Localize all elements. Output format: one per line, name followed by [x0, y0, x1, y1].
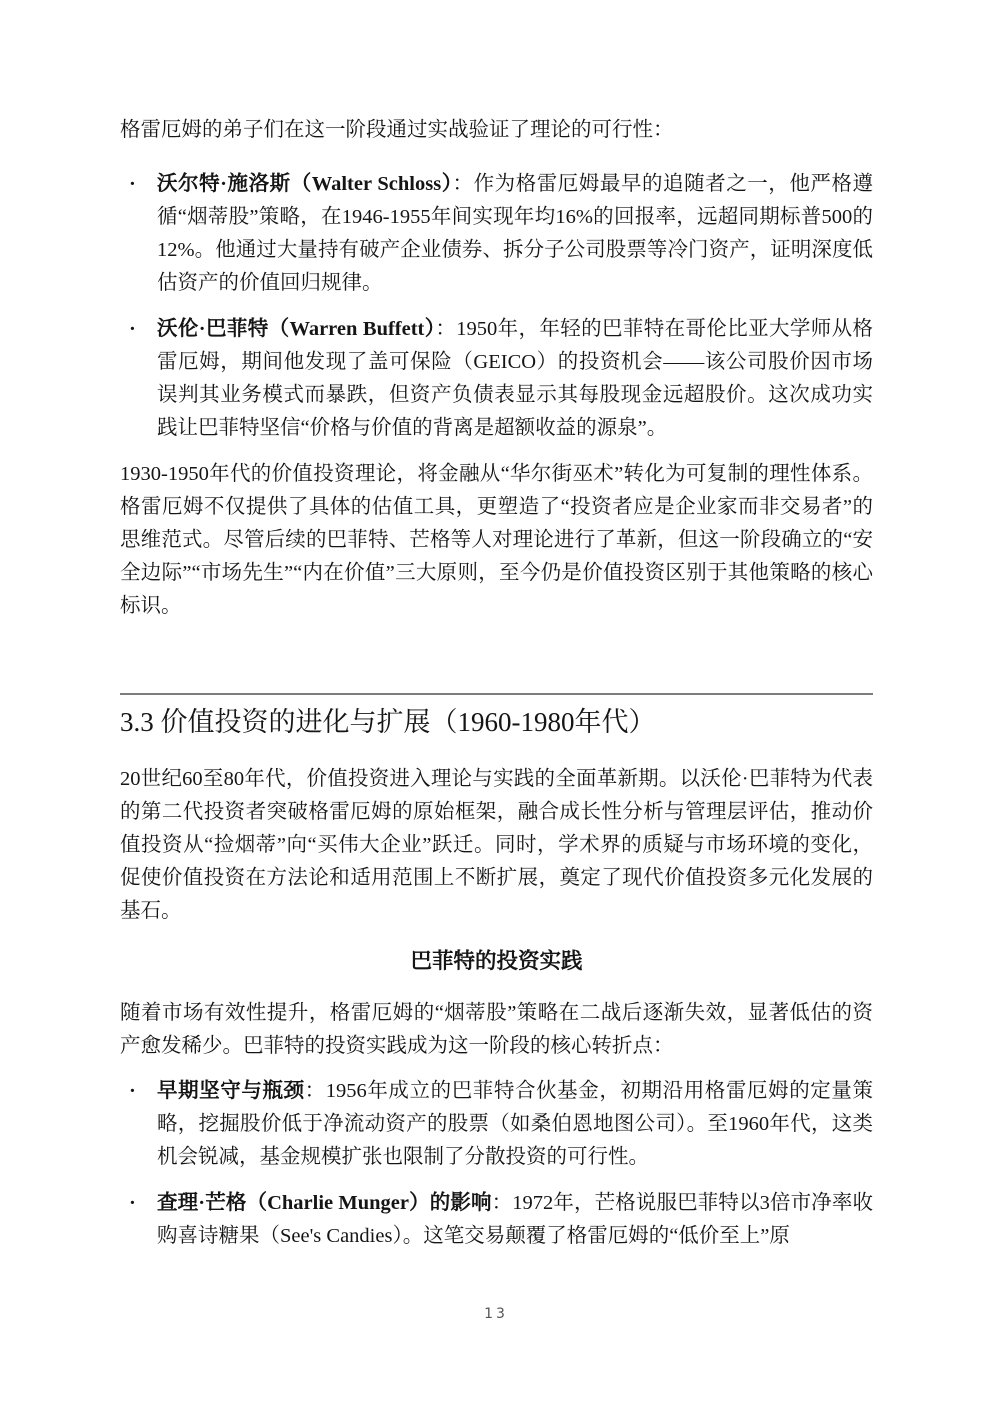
practice-bullet-list: · 早期坚守与瓶颈：1956年成立的巴菲特合伙基金，初期沿用格雷厄姆的定量策略，… [120, 1075, 873, 1253]
section-heading: 3.3 价值投资的进化与扩展（1960-1980年代） [120, 703, 873, 741]
page-content: 格雷厄姆的弟子们在这一阶段通过实战验证了理论的可行性： · 沃尔特·施洛斯（Wa… [120, 0, 873, 1266]
list-item-text: 早期坚守与瓶颈：1956年成立的巴菲特合伙基金，初期沿用格雷厄姆的定量策略，挖掘… [157, 1080, 873, 1168]
section-divider [120, 693, 873, 695]
list-item-text: 沃尔特·施洛斯（Walter Schloss）：作为格雷厄姆最早的追随者之一，他… [157, 173, 873, 294]
bullet-marker: · [129, 1075, 136, 1108]
section-intro-paragraph: 20世纪60至80年代，价值投资进入理论与实践的全面革新期。以沃伦·巴菲特为代表… [120, 763, 873, 928]
list-item: · 沃伦·巴菲特（Warren Buffett）：1950年，年轻的巴菲特在哥伦… [120, 313, 873, 445]
list-item-lead: 沃尔特·施洛斯（Walter Schloss） [157, 173, 453, 195]
bullet-marker: · [129, 168, 136, 201]
disciples-bullet-list: · 沃尔特·施洛斯（Walter Schloss）：作为格雷厄姆最早的追随者之一… [120, 168, 873, 445]
list-item: · 查理·芒格（Charlie Munger）的影响：1972年，芒格说服巴菲特… [120, 1187, 873, 1253]
list-item-lead: 查理·芒格（Charlie Munger）的影响 [157, 1192, 492, 1214]
subsection-heading: 巴菲特的投资实践 [120, 945, 873, 978]
practice-paragraph: 随着市场有效性提升，格雷厄姆的“烟蒂股”策略在二战后逐渐失效，显著低估的资产愈发… [120, 997, 873, 1063]
list-item-text: 查理·芒格（Charlie Munger）的影响：1972年，芒格说服巴菲特以3… [157, 1192, 873, 1247]
era-summary-paragraph: 1930-1950年代的价值投资理论，将金融从“华尔街巫术”转化为可复制的理性体… [120, 458, 873, 623]
bullet-marker: · [129, 313, 136, 346]
document-page: 格雷厄姆的弟子们在这一阶段通过实战验证了理论的可行性： · 沃尔特·施洛斯（Wa… [0, 0, 992, 1403]
list-item-text: 沃伦·巴菲特（Warren Buffett）：1950年，年轻的巴菲特在哥伦比亚… [157, 318, 873, 439]
page-number: 13 [0, 1306, 992, 1322]
list-item-lead: 早期坚守与瓶颈 [157, 1080, 305, 1102]
intro-lead-paragraph: 格雷厄姆的弟子们在这一阶段通过实战验证了理论的可行性： [120, 114, 873, 147]
list-item: · 沃尔特·施洛斯（Walter Schloss）：作为格雷厄姆最早的追随者之一… [120, 168, 873, 300]
list-item-lead: 沃伦·巴菲特（Warren Buffett） [157, 318, 435, 340]
list-item: · 早期坚守与瓶颈：1956年成立的巴菲特合伙基金，初期沿用格雷厄姆的定量策略，… [120, 1075, 873, 1174]
bullet-marker: · [129, 1187, 136, 1220]
